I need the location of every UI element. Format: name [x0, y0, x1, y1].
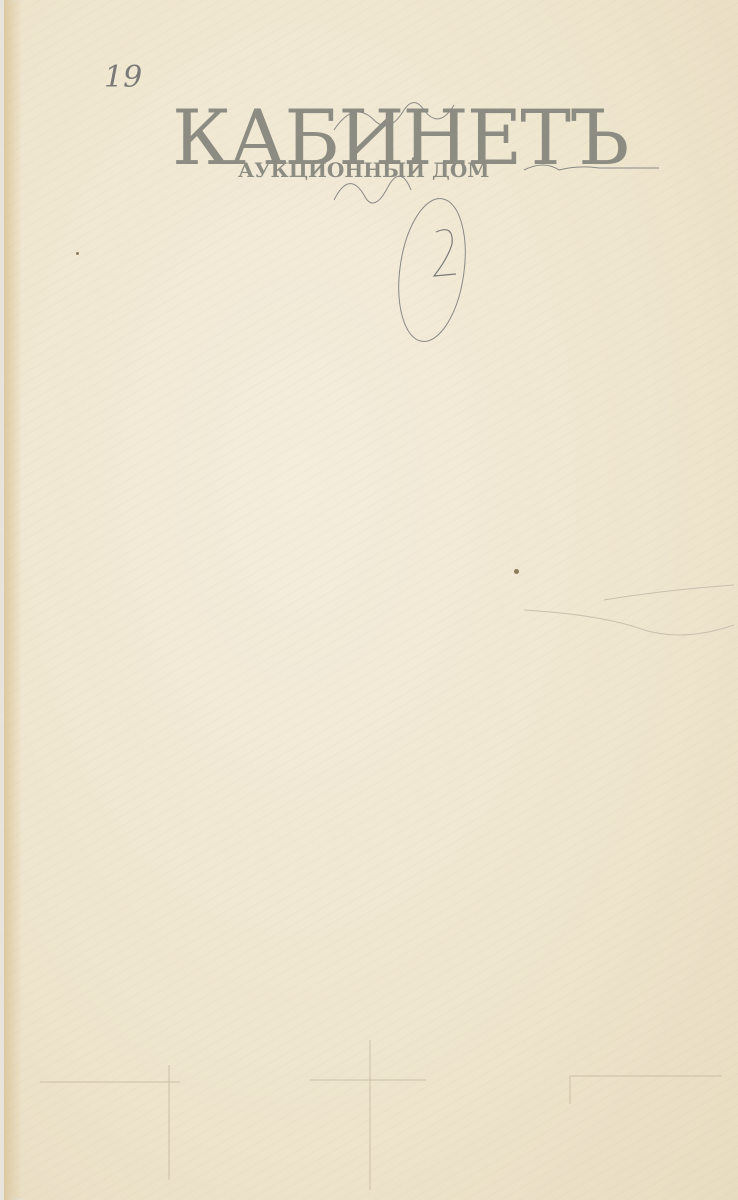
paper-spot [514, 569, 519, 574]
photo-card-back: 19 КАБИНЕТЪ АУКЦИОННЫЙ ДОМ [4, 0, 738, 1200]
paper-spot [76, 252, 79, 255]
pencil-marks [4, 0, 738, 1200]
